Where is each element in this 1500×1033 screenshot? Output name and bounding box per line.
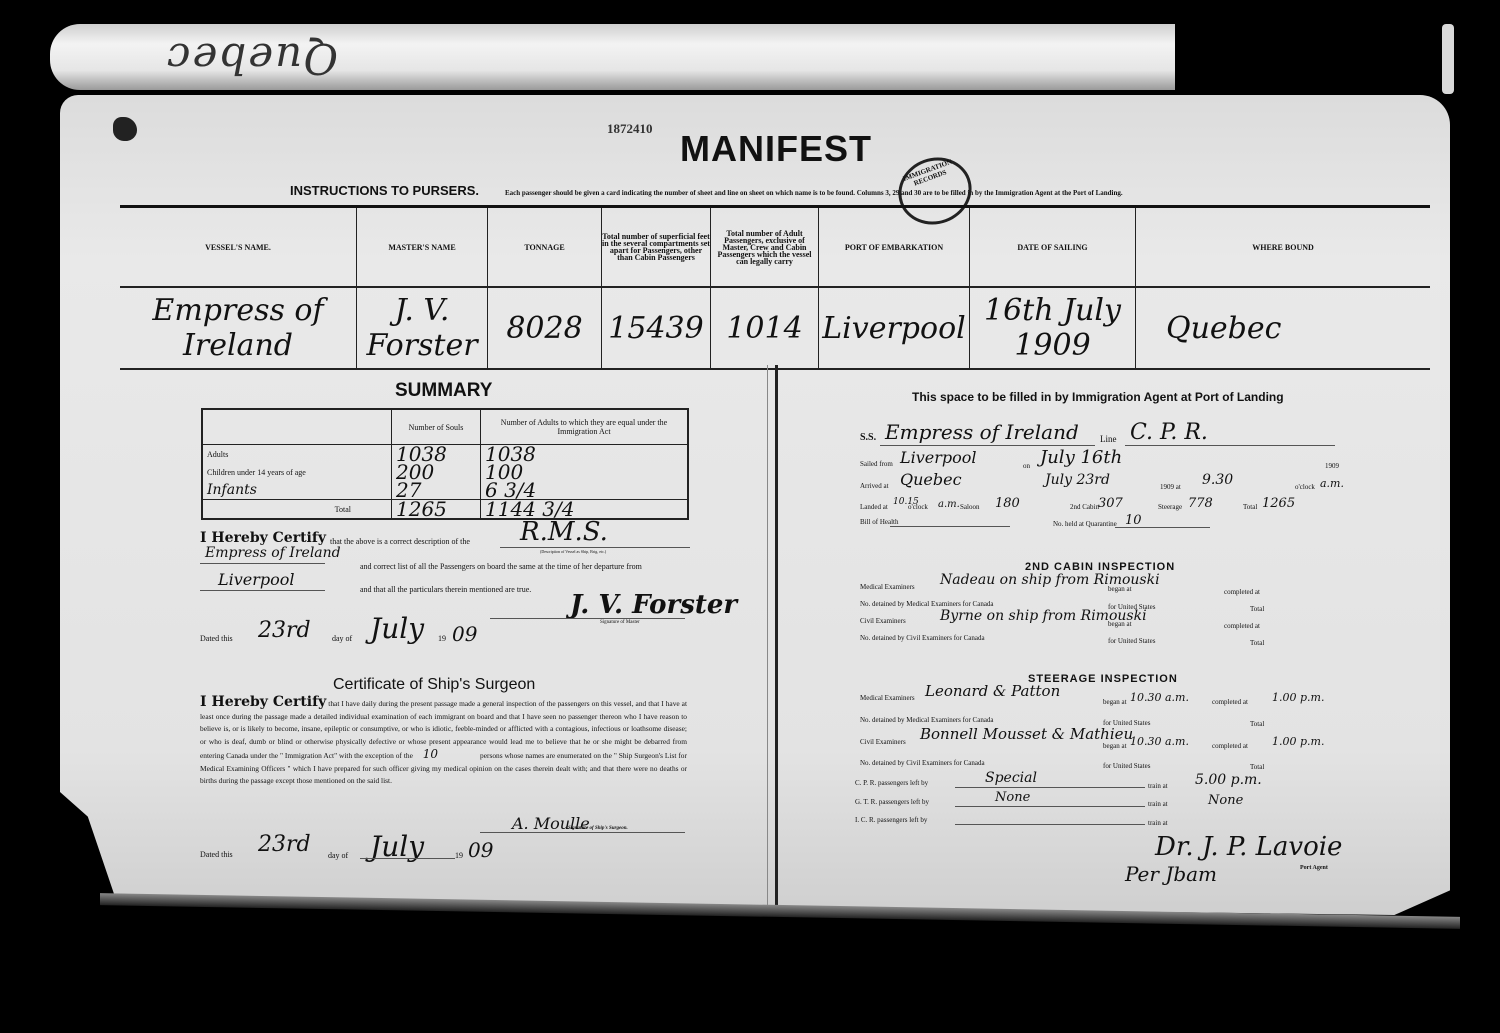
day-of-label: day of — [332, 634, 352, 643]
dated-year: 09 — [468, 838, 493, 862]
master-signature: J. V. Forster — [570, 590, 737, 620]
summary-table: Number of Souls Number of Adults to whic… — [201, 408, 689, 520]
landed-label: Landed at — [860, 503, 888, 511]
cabin2-value: 307 — [1098, 496, 1123, 511]
landing-title: This space to be filled in by Immigratio… — [912, 390, 1284, 404]
col-adults-equal: Number of Adults to which they are equal… — [481, 409, 689, 445]
gtr-label: G. T. R. passengers left by — [855, 798, 929, 806]
quarantine-label: No. held at Quarantine — [1053, 520, 1117, 528]
cabin-civil-label: Civil Examiners — [860, 617, 906, 625]
page-divider-thin — [767, 365, 768, 915]
agent-signature: Dr. J. P. Lavoie — [1155, 832, 1342, 862]
col-master-name: MASTER'S NAME — [357, 207, 488, 288]
row-label: Children under 14 years of age — [202, 463, 392, 481]
arrived-value: Quebec — [900, 470, 962, 489]
date-sailing: 16th July 1909 — [970, 287, 1136, 369]
dated-year: 09 — [452, 622, 477, 646]
surgeon-signature-caption: Signature of Ship's Surgeon. — [568, 826, 628, 831]
steer-civil-completed: 1.00 p.m. — [1272, 735, 1324, 748]
serial-number: 1872410 — [607, 121, 653, 137]
dated-label: Dated this — [200, 850, 233, 859]
completed-label: completed at — [1224, 588, 1260, 596]
steer-med-completed: 1.00 p.m. — [1272, 691, 1324, 704]
ink-blot — [113, 117, 137, 141]
instructions-label: INSTRUCTIONS TO PURSERS. — [290, 183, 479, 198]
cabin2-label: 2nd Cabin — [1070, 503, 1099, 511]
icr-label: I. C. R. passengers left by — [855, 816, 927, 824]
dated-day: 23rd — [258, 618, 311, 643]
steer-med-value: Leonard & Patton — [925, 682, 1060, 700]
table-row: Adults 1038 1038 — [202, 445, 688, 464]
row-label: Total — [202, 500, 392, 520]
table-row: Total 1265 1144 3/4 — [202, 500, 688, 520]
vessel-name: Empress of Ireland — [120, 287, 357, 369]
agent-caption: Port Agent — [1300, 865, 1328, 871]
page-divider — [775, 365, 778, 915]
completed-label: completed at — [1224, 622, 1260, 630]
steer-civil-label: Civil Examiners — [860, 738, 906, 746]
day-of-label: day of — [328, 851, 348, 860]
purser-cert-text3: and that all the particulars therein men… — [360, 585, 531, 594]
steer-med-label: Medical Examiners — [860, 694, 915, 702]
dated-day: 23rd — [258, 832, 311, 857]
oclock-label: o'clock — [1295, 483, 1315, 491]
sailed-value: Liverpool — [900, 448, 977, 467]
roll-handwriting: Quebec — [165, 34, 339, 83]
purser-cert-text1: that the above is a correct description … — [330, 537, 470, 546]
purser-cert-lead: I Hereby Certify — [200, 530, 326, 546]
master-signature-caption: Signature of Master — [600, 620, 640, 625]
began-label: began at — [1108, 585, 1132, 593]
cpr-train: 5.00 p.m. — [1195, 772, 1262, 788]
steer-det-med-label: No. detained by Medical Examiners for Ca… — [860, 716, 994, 724]
line-label: Line — [1100, 434, 1117, 444]
saloon-value: 180 — [995, 496, 1020, 511]
row-label: Adults — [202, 445, 392, 464]
col-tonnage: TONNAGE — [488, 207, 602, 288]
vessel-type: R.M.S. — [520, 517, 608, 547]
total-label: Total — [1250, 605, 1264, 613]
vessel-type-caption: (Description of Vessel as Ship, Brig, et… — [540, 549, 606, 554]
col-where-bound: WHERE BOUND — [1136, 207, 1431, 288]
row-label: Infants — [202, 481, 392, 500]
surgeon-cert-title: Certificate of Ship's Surgeon — [333, 676, 535, 694]
total-label: Total — [1250, 763, 1264, 771]
departure-port: Liverpool — [218, 570, 295, 589]
completed-label: completed at — [1212, 698, 1248, 706]
tonnage: 8028 — [488, 287, 602, 369]
col-superficial-feet: Total number of superficial feet in the … — [602, 207, 711, 288]
steer-civil-began: 10.30 a.m. — [1130, 735, 1189, 748]
train-label: train at — [1148, 819, 1168, 827]
dated-label: Dated this — [200, 634, 233, 643]
steerage-label: Steerage — [1158, 503, 1182, 511]
arrived-ampm: a.m. — [1320, 477, 1344, 490]
quarantine-value: 10 — [1125, 513, 1142, 528]
col-souls: Number of Souls — [392, 409, 481, 445]
sailed-label: Sailed from — [860, 460, 893, 468]
us-label: for United States — [1103, 762, 1150, 770]
steerage-value: 778 — [1188, 496, 1213, 511]
began-label: began at — [1108, 620, 1132, 628]
arrived-time: 9.30 — [1202, 472, 1233, 488]
on-label: on — [1023, 462, 1030, 470]
cpr-label: C. P. R. passengers left by — [855, 779, 928, 787]
gtr-value: None — [995, 790, 1030, 805]
summary-title: SUMMARY — [395, 380, 492, 402]
cpr-value: Special — [985, 770, 1037, 786]
vessel-table: VESSEL'S NAME. MASTER'S NAME TONNAGE Tot… — [120, 205, 1430, 370]
where-bound: Quebec — [1136, 287, 1431, 369]
cabin-det-civil-label: No. detained by Civil Examiners for Cana… — [860, 634, 985, 642]
exception-count: 10 — [415, 747, 478, 761]
year-prefix: 19 — [455, 851, 463, 860]
steer-det-civil-label: No. detained by Civil Examiners for Cana… — [860, 759, 985, 767]
steer-med-began: 10.30 a.m. — [1130, 691, 1189, 704]
souls-value: 1265 — [392, 500, 481, 520]
superficial-feet: 15439 — [602, 287, 711, 369]
train-label: train at — [1148, 800, 1168, 808]
table-row: Empress of Ireland J. V. Forster 8028 15… — [120, 287, 1430, 369]
col-port-embarkation: PORT OF EMBARKATION — [819, 207, 970, 288]
gtr-train: None — [1208, 793, 1243, 808]
us-label: for United States — [1108, 637, 1155, 645]
health-label: Bill of Health — [860, 518, 899, 526]
steer-civil-value: Bonnell Mousset & Mathieu — [920, 725, 1133, 743]
completed-label: completed at — [1212, 742, 1248, 750]
line-value: C. P. R. — [1130, 420, 1208, 445]
surgeon-cert-body: I Hereby Certify that I have daily durin… — [200, 696, 687, 788]
col-date-sailing: DATE OF SAILING — [970, 207, 1136, 288]
landed-oclock: o'clock — [908, 503, 928, 511]
ss-value: Empress of Ireland — [885, 420, 1079, 444]
arrived-label: Arrived at — [860, 482, 889, 490]
col-vessel-name: VESSEL'S NAME. — [120, 207, 357, 288]
master-name: J. V. Forster — [357, 287, 488, 369]
sailed-date: July 16th — [1040, 447, 1122, 468]
total-label: Total — [1250, 720, 1264, 728]
arrived-year: 1909 at — [1160, 483, 1181, 491]
dated-month: July — [370, 612, 424, 645]
train-label: train at — [1148, 782, 1168, 790]
purser-cert-text2: and correct list of all the Passengers o… — [360, 562, 642, 571]
began-label: began at — [1103, 698, 1127, 706]
total-value: 1265 — [1262, 496, 1295, 511]
port-embarkation: Liverpool — [819, 287, 970, 369]
vessel-name: Empress of Ireland — [205, 545, 341, 561]
instructions-text: Each passenger should be given a card in… — [505, 189, 1123, 197]
col-adult-capacity: Total number of Adult Passengers, exclus… — [711, 207, 819, 288]
adult-capacity: 1014 — [711, 287, 819, 369]
agent-per: Per Jbam — [1125, 862, 1217, 886]
arrived-date: July 23rd — [1045, 472, 1110, 488]
sailed-year: 1909 — [1325, 462, 1339, 470]
cabin-det-med-label: No. detained by Medical Examiners for Ca… — [860, 600, 994, 608]
rolled-page-edge: Quebec — [50, 24, 1175, 90]
total-label: Total — [1250, 639, 1264, 647]
page-title: MANIFEST — [680, 128, 872, 170]
began-label: began at — [1103, 742, 1127, 750]
film-edge — [1442, 24, 1454, 94]
landed-ampm: a.m. — [938, 499, 960, 510]
total-label: Total — [1243, 503, 1257, 511]
cabin-med-label: Medical Examiners — [860, 583, 915, 591]
year-prefix: 19 — [438, 634, 446, 643]
ss-label: S.S. — [860, 432, 876, 443]
saloon-label: Saloon — [960, 503, 979, 511]
